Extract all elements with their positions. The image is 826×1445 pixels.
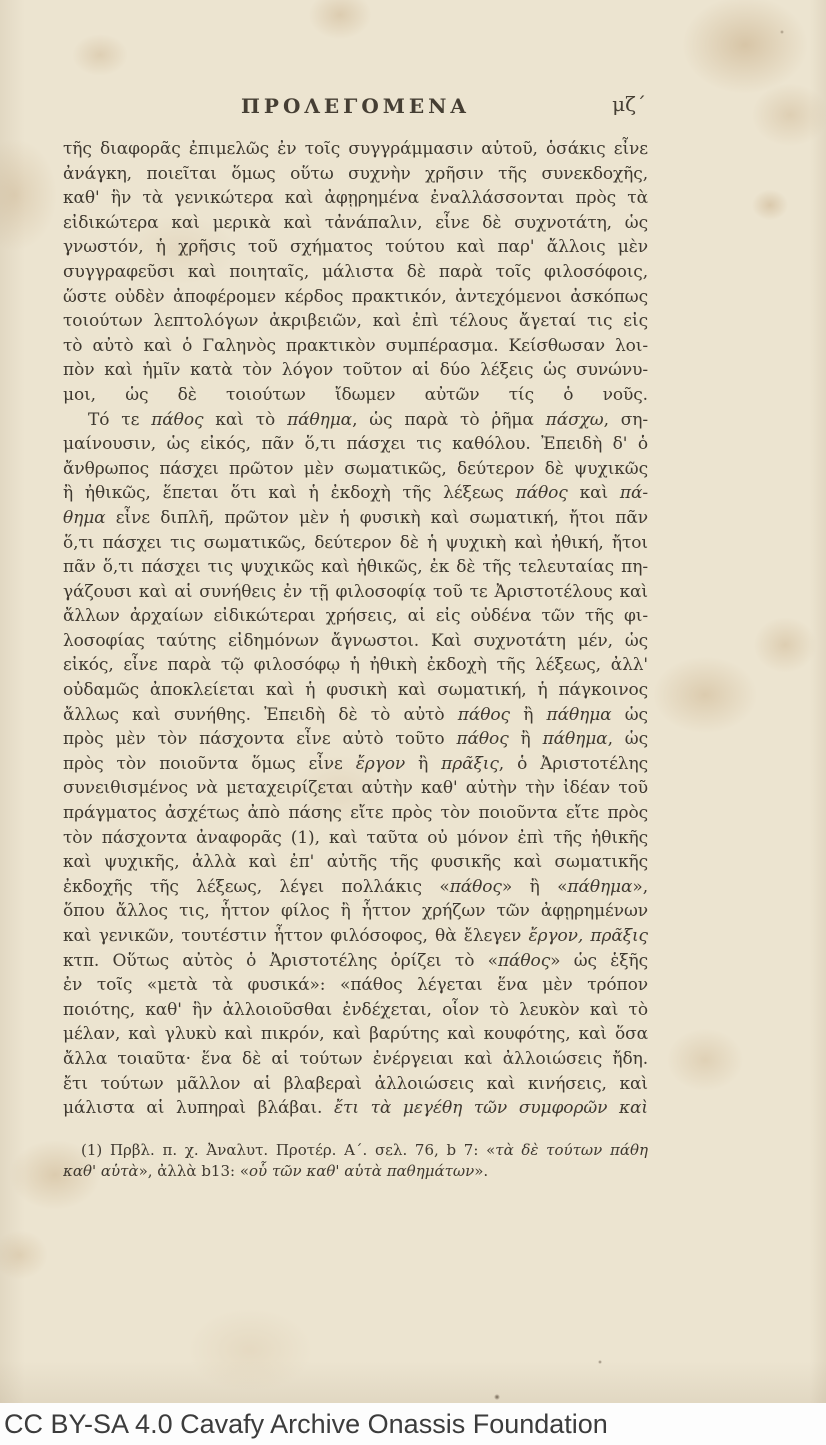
- text-line: (1) Πρβλ. π. χ. Ἀναλυτ. Προτέρ. Α΄. σελ.…: [63, 1140, 648, 1161]
- text-line: ἔτι τούτων μᾶλλον αἱ βλαβεραὶ ἀλλοιώσεις…: [63, 1072, 648, 1097]
- text-line: τὸ αὐτὸ καὶ ὁ Γαληνὸς πρακτικὸν συμπέρασ…: [63, 334, 648, 359]
- text-line: Τό τε πάθος καὶ τὸ πάθημα, ὡς παρὰ τὸ ῥῆ…: [63, 408, 648, 433]
- text-line: πὸν καὶ ἡμῖν κατὰ τὸν λόγον τοῦτον αἱ δύ…: [63, 358, 648, 383]
- text-line: μέλαν, καὶ γλυκὺ καὶ πικρόν, καὶ βαρύτης…: [63, 1022, 648, 1047]
- text-line: εἰδικώτερα καὶ μερικὰ καὶ τἀνάπαλιν, εἶν…: [63, 211, 648, 236]
- text-line: γνωστόν, ἡ χρῆσις τοῦ σχήματος τούτου κα…: [63, 235, 648, 260]
- license-caption-bar: CC BY-SA 4.0 Cavafy Archive Onassis Foun…: [0, 1403, 826, 1445]
- text-line: λοσοφίας ταύτης εἰδημόνων ἄγνωστοι. Καὶ …: [63, 629, 648, 654]
- text-line: ἄλλα τοιαῦτα· ἕνα δὲ αἱ τούτων ἐνέργειαι…: [63, 1047, 648, 1072]
- text-line: καὶ ψυχικῆς, ἀλλὰ καὶ ἐπ' αὐτῆς τῆς φυσι…: [63, 850, 648, 875]
- text-line: ὅ,τι πάσχει τις σωματικῶς, δεύτερον δὲ ἡ…: [63, 531, 648, 556]
- text-line: καθ' ἣν τὰ γενικώτερα καὶ ἀφῃρημένα ἐναλ…: [63, 186, 648, 211]
- text-line: μάλιστα αἱ λυπηραὶ βλάβαι. ἔτι τὰ μεγέθη…: [63, 1096, 648, 1121]
- text-line: μαίνουσιν, ὡς εἰκός, πᾶν ὅ,τι πάσχει τις…: [63, 432, 648, 457]
- text-line: τὸν πάσχοντα ἀναφορᾶς (1), καὶ ταῦτα οὐ …: [63, 826, 648, 851]
- text-line: εἰκός, εἶνε παρὰ τῷ φιλοσόφῳ ἡ ἠθικὴ ἐκδ…: [63, 653, 648, 678]
- text-line: ὅπου ἄλλος τις, ἧττον φίλος ἢ ἧττον χρήζ…: [63, 899, 648, 924]
- text-line: πρὸς μὲν τὸν πάσχοντα εἶνε αὐτὸ τοῦτο πά…: [63, 727, 648, 752]
- text-line: ἐκδοχῆς τῆς λέξεως, λέγει πολλάκις «πάθο…: [63, 875, 648, 900]
- text-line: οὐδαμῶς ἀποκλείεται καὶ ἡ φυσικὴ καὶ σωμ…: [63, 678, 648, 703]
- text-line: τοιούτων λεπτολόγων ἀκριβειῶν, καὶ ἐπὶ τ…: [63, 309, 648, 334]
- text-line: ποιότης, καθ' ἣν ἀλλοιοῦσθαι ἐνδέχεται, …: [63, 998, 648, 1023]
- text-line: συνειθισμένος νὰ μεταχειρίζεται αὐτὴν κα…: [63, 776, 648, 801]
- text-line: συγγραφεῦσι καὶ ποιηταῖς, μάλιστα δὲ παρ…: [63, 260, 648, 285]
- text-line: πράγματος ἀσχέτως ἀπὸ πάσης εἴτε πρὸς τὸ…: [63, 801, 648, 826]
- text-line: καθ' αὑτὰ», ἀλλὰ b13: «οὗ τῶν καθ' αὑτὰ …: [63, 1161, 648, 1182]
- text-line: γάζουσι καὶ αἱ συνήθεις ἐν τῇ φιλοσοφίᾳ …: [63, 580, 648, 605]
- text-line: θημα εἶνε διπλῆ, πρῶτον μὲν ἡ φυσικὴ καὶ…: [63, 506, 648, 531]
- text-line: καὶ γενικῶν, τουτέστιν ἧττον φιλόσοφος, …: [63, 924, 648, 949]
- scanned-book-page: ΠΡΟΛΕΓΟΜΕΝΑ μζ΄ τῆς διαφορᾶς ἐπιμελῶς ἐν…: [0, 0, 826, 1445]
- page-header: ΠΡΟΛΕΓΟΜΕΝΑ μζ΄: [63, 94, 648, 120]
- footnote: (1) Πρβλ. π. χ. Ἀναλυτ. Προτέρ. Α΄. σελ.…: [63, 1140, 648, 1182]
- text-line: ἢ ἠθικῶς, ἕπεται ὅτι καὶ ἡ ἐκδοχὴ τῆς λέ…: [63, 481, 648, 506]
- text-line: ἀνάγκη, ποιεῖται ὅμως οὕτω συχνὴν χρῆσιν…: [63, 162, 648, 187]
- text-line: ἄλλων ἀρχαίων εἰδικώτεραι χρήσεις, αἱ εἰ…: [63, 604, 648, 629]
- text-line: μοι, ὡς δὲ τοιούτων ἴδωμεν αὐτῶν τίς ὁ ν…: [63, 383, 648, 408]
- text-line: πᾶν ὅ,τι πάσχει τις ψυχικῶς καὶ ἠθικῶς, …: [63, 555, 648, 580]
- text-line: ἐν τοῖς «μετὰ τὰ φυσικά»: «πάθος λέγεται…: [63, 973, 648, 998]
- folio-number: μζ΄: [612, 92, 646, 116]
- text-line: κτπ. Οὕτως αὐτὸς ὁ Ἀριστοτέλης ὁρίζει τὸ…: [63, 949, 648, 974]
- running-title: ΠΡΟΛΕΓΟΜΕΝΑ: [63, 94, 648, 118]
- text-line: ἄνθρωπος πάσχει πρῶτον μὲν σωματικῶς, δε…: [63, 457, 648, 482]
- text-line: ἄλλως καὶ συνήθης. Ἐπειδὴ δὲ τὸ αὐτὸ πάθ…: [63, 703, 648, 728]
- text-line: ὥστε οὐδὲν ἀποφέρομεν κέρδος πρακτικόν, …: [63, 285, 648, 310]
- body-text: τῆς διαφορᾶς ἐπιμελῶς ἐν τοῖς συγγράμμασ…: [63, 137, 648, 1121]
- license-caption: CC BY-SA 4.0 Cavafy Archive Onassis Foun…: [0, 1409, 608, 1440]
- text-line: πρὸς τὸν ποιοῦντα ὅμως εἶνε ἔργον ἢ πρᾶξ…: [63, 752, 648, 777]
- text-line: τῆς διαφορᾶς ἐπιμελῶς ἐν τοῖς συγγράμμασ…: [63, 137, 648, 162]
